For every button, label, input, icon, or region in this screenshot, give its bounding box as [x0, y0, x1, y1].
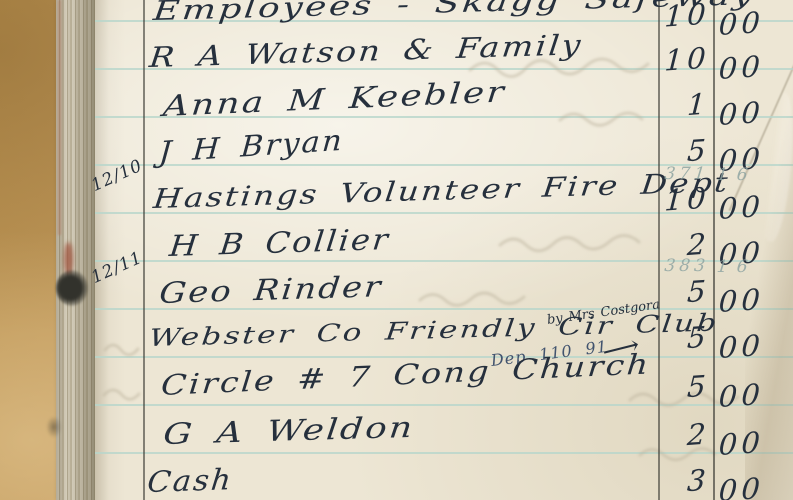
book-page-edges: [56, 0, 98, 500]
entry-amount-cents: 00: [718, 192, 765, 224]
entry-amount-cents: 00: [718, 331, 765, 363]
entry-amount-cents: 00: [718, 285, 765, 317]
entry-amount-cents: 00: [718, 98, 765, 130]
entry-amount-cents: 00: [718, 380, 765, 412]
cents-rule: [713, 0, 715, 500]
ledger-photo: Employees - Skagg Safeway1000R A Watson …: [0, 0, 793, 500]
page-edge-red-tint: [58, 0, 61, 235]
entry-amount-cents: 00: [718, 8, 765, 40]
date-margin-rule: [143, 0, 145, 500]
ink-blot: [56, 270, 88, 306]
pencil-total-dollars: 383: [558, 258, 710, 275]
entry-amount-cents: 00: [718, 428, 765, 460]
pencil-total-dollars: 371: [558, 166, 710, 183]
pencil-total-cents: 16: [716, 259, 757, 276]
entry-name: Cash: [146, 465, 234, 497]
small-ink-mark: [46, 416, 62, 438]
entry-name: H B Collier: [168, 225, 391, 261]
entry-name: G A Weldon: [162, 413, 416, 449]
entry-name: Geo Rinder: [158, 272, 384, 308]
pencil-total-cents: 16: [716, 167, 757, 184]
entry-amount-cents: 00: [718, 474, 765, 500]
entry-amount-cents: 00: [718, 52, 765, 84]
